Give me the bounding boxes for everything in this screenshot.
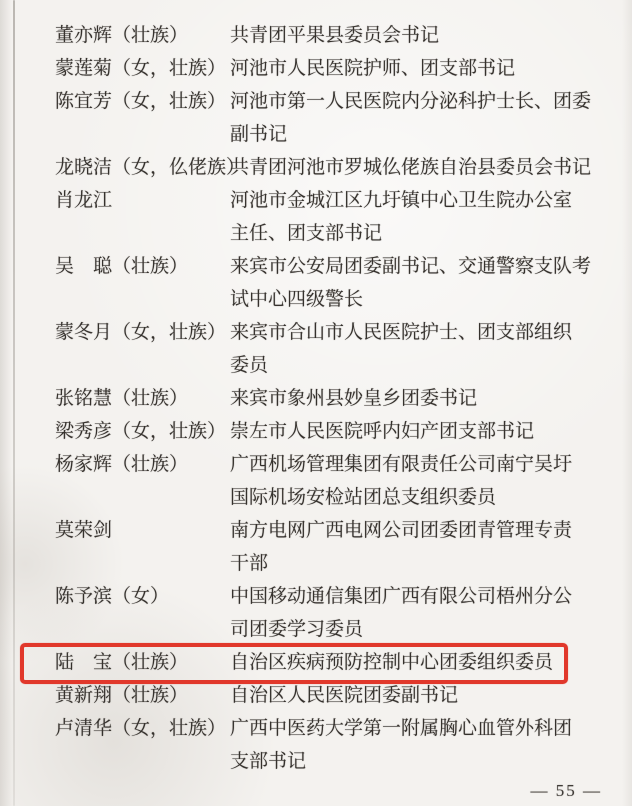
person-position: 河池市第一人民医院内分泌科护士长、团委 副书记 [230, 85, 592, 151]
person-name: 董亦辉（壮族） [55, 19, 230, 52]
person-position: 广西中医药大学第一附属胸心血管外科团 支部书记 [230, 712, 592, 778]
position-line: 委员 [230, 349, 592, 382]
list-item: 梁秀彦（女，壮族） 崇左市人民医院呼内妇产团支部书记 [55, 415, 592, 448]
list-item: 杨家辉（壮族） 广西机场管理集团有限责任公司南宁吴圩 国际机场安检站团总支组织委… [55, 448, 592, 514]
position-line: 副书记 [230, 118, 592, 151]
person-position: 河池市金城江区九圩镇中心卫生院办公室 主任、团支部书记 [230, 184, 592, 250]
position-line: 来宾市合山市人民医院护士、团支部组织 [230, 316, 592, 349]
position-line: 自治区疾病预防控制中心团委组织委员 [230, 646, 592, 679]
list-item: 莫荣剑 南方电网广西电网公司团委团青管理专责 干部 [55, 514, 592, 580]
position-line: 广西机场管理集团有限责任公司南宁吴圩 [230, 448, 592, 481]
person-position: 共青团平果县委员会书记 [230, 19, 592, 52]
position-line: 南方电网广西电网公司团委团青管理专责 [230, 514, 592, 547]
person-name: 龙晓洁（女，仫佬族） [55, 151, 230, 184]
list-item: 吴 聪（壮族） 来宾市公安局团委副书记、交通警察支队考 试中心四级警长 [55, 250, 592, 316]
person-name: 莫荣剑 [55, 514, 230, 580]
person-position: 崇左市人民医院呼内妇产团支部书记 [230, 415, 592, 448]
document-page: 董亦辉（壮族） 共青团平果县委员会书记 蒙莲菊（女，壮族） 河池市人民医院护师、… [0, 0, 632, 806]
list-item: 陈宜芳（女，壮族） 河池市第一人民医院内分泌科护士长、团委 副书记 [55, 85, 592, 151]
person-position: 来宾市公安局团委副书记、交通警察支队考 试中心四级警长 [230, 250, 592, 316]
position-line: 河池市人民医院护师、团支部书记 [230, 52, 592, 85]
position-line: 自治区人民医院团委副书记 [230, 679, 592, 712]
position-line: 广西中医药大学第一附属胸心血管外科团 [230, 712, 592, 745]
list-item: 董亦辉（壮族） 共青团平果县委员会书记 [55, 19, 592, 52]
person-name: 陆 宝（壮族） [55, 646, 230, 679]
position-line: 崇左市人民医院呼内妇产团支部书记 [230, 415, 592, 448]
position-line: 支部书记 [230, 745, 592, 778]
list-item: 龙晓洁（女，仫佬族） 共青团河池市罗城仫佬族自治县委员会书记 [55, 151, 592, 184]
position-line: 共青团河池市罗城仫佬族自治县委员会书记 [230, 151, 592, 184]
list-item: 蒙莲菊（女，壮族） 河池市人民医院护师、团支部书记 [55, 52, 592, 85]
position-line: 中国移动通信集团广西有限公司梧州分公 [230, 580, 592, 613]
list-item: 张铭慧（壮族） 来宾市象州县妙皇乡团委书记 [55, 382, 592, 415]
person-name: 陈予滨（女） [55, 580, 230, 646]
list-item: 肖龙江 河池市金城江区九圩镇中心卫生院办公室 主任、团支部书记 [55, 184, 592, 250]
person-position: 共青团河池市罗城仫佬族自治县委员会书记 [230, 151, 592, 184]
list-item-highlighted: 陆 宝（壮族） 自治区疾病预防控制中心团委组织委员 [55, 646, 592, 679]
person-name: 蒙冬月（女，壮族） [55, 316, 230, 382]
position-line: 司团委学习委员 [230, 613, 592, 646]
person-position: 南方电网广西电网公司团委团青管理专责 干部 [230, 514, 592, 580]
person-name: 张铭慧（壮族） [55, 382, 230, 415]
position-line: 试中心四级警长 [230, 283, 592, 316]
person-position: 来宾市合山市人民医院护士、团支部组织 委员 [230, 316, 592, 382]
person-name: 蒙莲菊（女，壮族） [55, 52, 230, 85]
position-line: 来宾市象州县妙皇乡团委书记 [230, 382, 592, 415]
person-name: 吴 聪（壮族） [55, 250, 230, 316]
list-item: 陈予滨（女） 中国移动通信集团广西有限公司梧州分公 司团委学习委员 [55, 580, 592, 646]
person-position: 自治区疾病预防控制中心团委组织委员 [230, 646, 592, 679]
position-line: 来宾市公安局团委副书记、交通警察支队考 [230, 250, 592, 283]
page-number: — 55 — [531, 781, 603, 801]
person-position: 来宾市象州县妙皇乡团委书记 [230, 382, 592, 415]
person-name: 黄新翔（壮族） [55, 679, 230, 712]
position-line: 共青团平果县委员会书记 [230, 19, 592, 52]
position-line: 河池市第一人民医院内分泌科护士长、团委 [230, 85, 592, 118]
person-position: 河池市人民医院护师、团支部书记 [230, 52, 592, 85]
position-line: 主任、团支部书记 [230, 217, 592, 250]
person-position: 中国移动通信集团广西有限公司梧州分公 司团委学习委员 [230, 580, 592, 646]
position-line: 国际机场安检站团总支组织委员 [230, 481, 592, 514]
person-name: 卢清华（女，壮族） [55, 712, 230, 778]
list-item: 蒙冬月（女，壮族） 来宾市合山市人民医院护士、团支部组织 委员 [55, 316, 592, 382]
position-line: 干部 [230, 547, 592, 580]
list-item: 黄新翔（壮族） 自治区人民医院团委副书记 [55, 679, 592, 712]
position-line: 河池市金城江区九圩镇中心卫生院办公室 [230, 184, 592, 217]
award-list: 董亦辉（壮族） 共青团平果县委员会书记 蒙莲菊（女，壮族） 河池市人民医院护师、… [0, 0, 632, 778]
list-item: 卢清华（女，壮族） 广西中医药大学第一附属胸心血管外科团 支部书记 [55, 712, 592, 778]
person-name: 陈宜芳（女，壮族） [55, 85, 230, 151]
person-name: 肖龙江 [55, 184, 230, 250]
person-position: 广西机场管理集团有限责任公司南宁吴圩 国际机场安检站团总支组织委员 [230, 448, 592, 514]
person-position: 自治区人民医院团委副书记 [230, 679, 592, 712]
person-name: 梁秀彦（女，壮族） [55, 415, 230, 448]
person-name: 杨家辉（壮族） [55, 448, 230, 514]
